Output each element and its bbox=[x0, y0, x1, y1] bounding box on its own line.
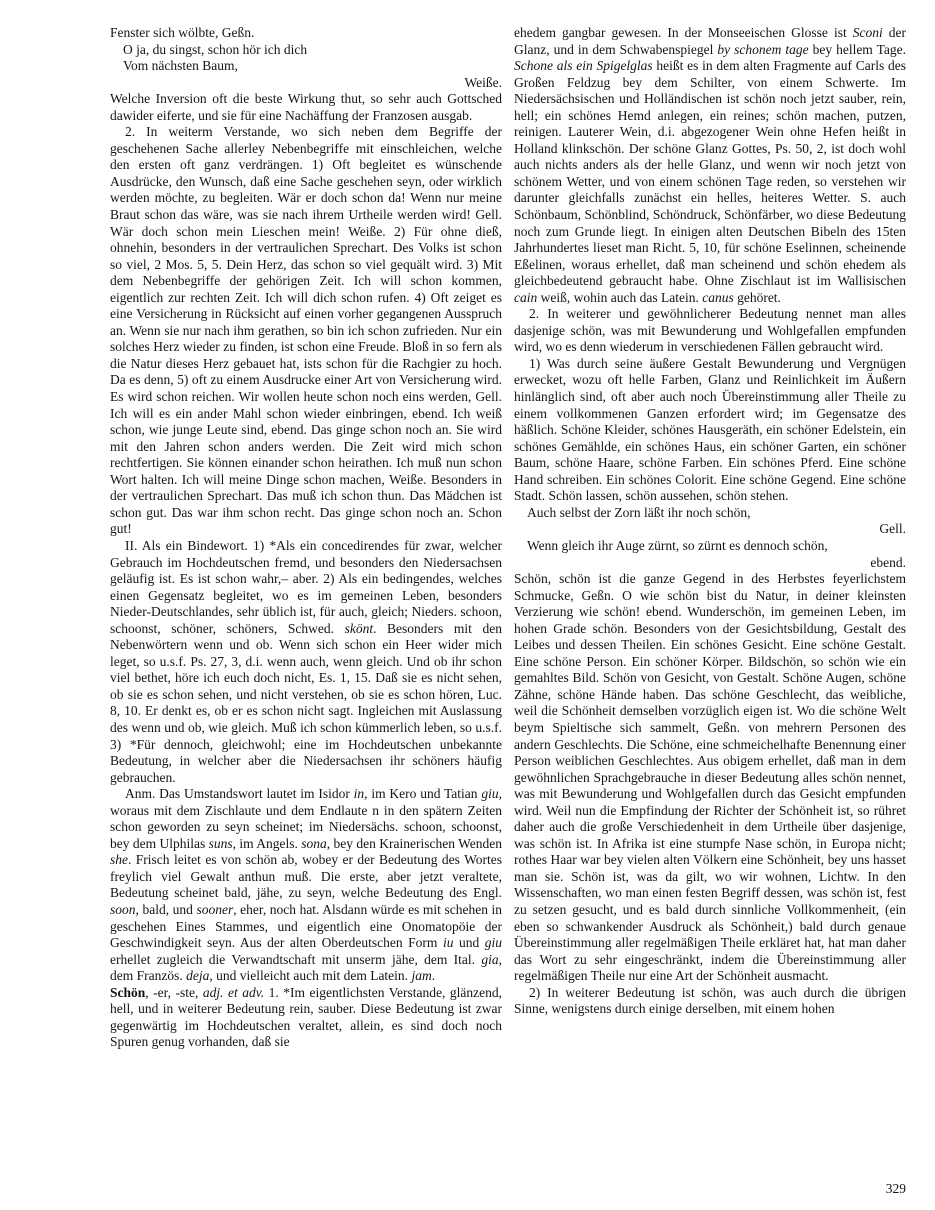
text-run: , bald, und bbox=[136, 902, 197, 917]
italic-term: suns bbox=[209, 836, 233, 851]
body-paragraph: 2. In weiterer und gewöhnlicherer Bedeut… bbox=[514, 306, 906, 356]
text-run: erhellet zugleich die Verwandtschaft mit… bbox=[110, 952, 481, 967]
italic-term: skönt bbox=[345, 621, 374, 636]
text-run: weiß, wohin auch das Latein. bbox=[537, 290, 702, 305]
text-run: , -er, -ste, bbox=[145, 985, 203, 1000]
entry-paragraph: Schön, -er, -ste, adj. et adv. 1. *Im ei… bbox=[110, 985, 502, 1051]
text-run: und bbox=[453, 935, 484, 950]
italic-term: deja bbox=[186, 968, 209, 983]
italic-term: adj. et adv. bbox=[203, 985, 264, 1000]
body-paragraph: 2) In weiterer Bedeutung ist schön, was … bbox=[514, 985, 906, 1018]
text-run: , und vielleicht auch mit dem Latein. bbox=[209, 968, 411, 983]
attribution: Weiße. bbox=[110, 75, 502, 92]
text-run: gehöret. bbox=[734, 290, 781, 305]
text-run: Vom nächsten Baum, bbox=[123, 58, 238, 73]
body-paragraph: II. Als ein Bindewort. 1) *Als ein conce… bbox=[110, 538, 502, 786]
text-run: ehedem gangbar gewesen. In der Monseeisc… bbox=[514, 25, 853, 40]
text-run: . Frisch leitet es von schön ab, wobey e… bbox=[110, 852, 502, 900]
text-run: , bey den Krainerischen Wenden bbox=[327, 836, 502, 851]
italic-term: Sconi bbox=[853, 25, 883, 40]
text-run: ebend. bbox=[870, 555, 906, 570]
text-run: 2. In weiterm Verstande, wo sich neben d… bbox=[110, 124, 502, 536]
headword: Schön bbox=[110, 985, 145, 1000]
text-run: Fenster sich wölbte, Geßn. bbox=[110, 25, 254, 40]
italic-term: she bbox=[110, 852, 128, 867]
verse-line: Vom nächsten Baum, bbox=[110, 58, 502, 75]
text-run: bey hellem Tage. bbox=[809, 42, 906, 57]
text-column-left: Fenster sich wölbte, Geßn.O ja, du sings… bbox=[110, 25, 502, 1190]
italic-term: sooner bbox=[196, 902, 233, 917]
verse-line: O ja, du singst, schon hör ich dich bbox=[110, 42, 502, 59]
text-run: , im Kero und Tatian bbox=[364, 786, 481, 801]
body-paragraph: Welche Inversion oft die beste Wirkung t… bbox=[110, 91, 502, 124]
text-run: 1) Was durch seine äußere Gestalt Bewund… bbox=[514, 356, 906, 503]
italic-term: jam bbox=[411, 968, 431, 983]
text-run: . bbox=[432, 968, 435, 983]
body-paragraph: Schön, schön ist die ganze Gegend in des… bbox=[514, 571, 906, 985]
text-run: , im Angels. bbox=[233, 836, 302, 851]
text-run: Anm. Das Umstandswort lautet im Isidor bbox=[125, 786, 354, 801]
italic-term: canus bbox=[702, 290, 734, 305]
text-run: heißt es in dem alten Fragmente auf Carl… bbox=[514, 58, 906, 288]
dictionary-page: Fenster sich wölbte, Geßn.O ja, du sings… bbox=[0, 0, 935, 1210]
italic-term: in bbox=[354, 786, 365, 801]
attribution: Gell. bbox=[514, 521, 906, 538]
text-run: Auch selbst der Zorn läßt ihr noch schön… bbox=[527, 505, 750, 520]
text-column-right: ehedem gangbar gewesen. In der Monseeisc… bbox=[514, 25, 906, 1190]
italic-term: soon bbox=[110, 902, 136, 917]
italic-term: Schone als ein Spigelglas bbox=[514, 58, 653, 73]
italic-term: by schonem tage bbox=[717, 42, 808, 57]
verse-line: Wenn gleich ihr Auge zürnt, so zürnt es … bbox=[514, 538, 906, 555]
verse-line: Auch selbst der Zorn läßt ihr noch schön… bbox=[514, 505, 906, 522]
text-run: Wenn gleich ihr Auge zürnt, so zürnt es … bbox=[527, 538, 828, 553]
italic-term: sona bbox=[301, 836, 327, 851]
italic-term: giu bbox=[481, 786, 498, 801]
text-run: 2. In weiterer und gewöhnlicherer Bedeut… bbox=[514, 306, 906, 354]
italic-term: iu bbox=[443, 935, 454, 950]
body-paragraph: Anm. Das Umstandswort lautet im Isidor i… bbox=[110, 786, 502, 985]
italic-term: giu bbox=[485, 935, 502, 950]
text-run: Schön, schön ist die ganze Gegend in des… bbox=[514, 571, 906, 983]
text-run: Weiße. bbox=[464, 75, 502, 90]
body-paragraph: 2. In weiterm Verstande, wo sich neben d… bbox=[110, 124, 502, 538]
italic-term: cain bbox=[514, 290, 537, 305]
body-paragraph: 1) Was durch seine äußere Gestalt Bewund… bbox=[514, 356, 906, 505]
body-paragraph: ehedem gangbar gewesen. In der Monseeisc… bbox=[514, 25, 906, 306]
text-run: . Besonders mit den Nebenwörtern wenn un… bbox=[110, 621, 502, 785]
text-run: Welche Inversion oft die beste Wirkung t… bbox=[110, 91, 502, 123]
text-run: O ja, du singst, schon hör ich dich bbox=[123, 42, 307, 57]
body-paragraph: Fenster sich wölbte, Geßn. bbox=[110, 25, 502, 42]
page-number: 329 bbox=[886, 1181, 906, 1197]
text-run: 2) In weiterer Bedeutung ist schön, was … bbox=[514, 985, 906, 1017]
text-run: Gell. bbox=[879, 521, 906, 536]
attribution: ebend. bbox=[514, 555, 906, 572]
italic-term: gia bbox=[481, 952, 498, 967]
